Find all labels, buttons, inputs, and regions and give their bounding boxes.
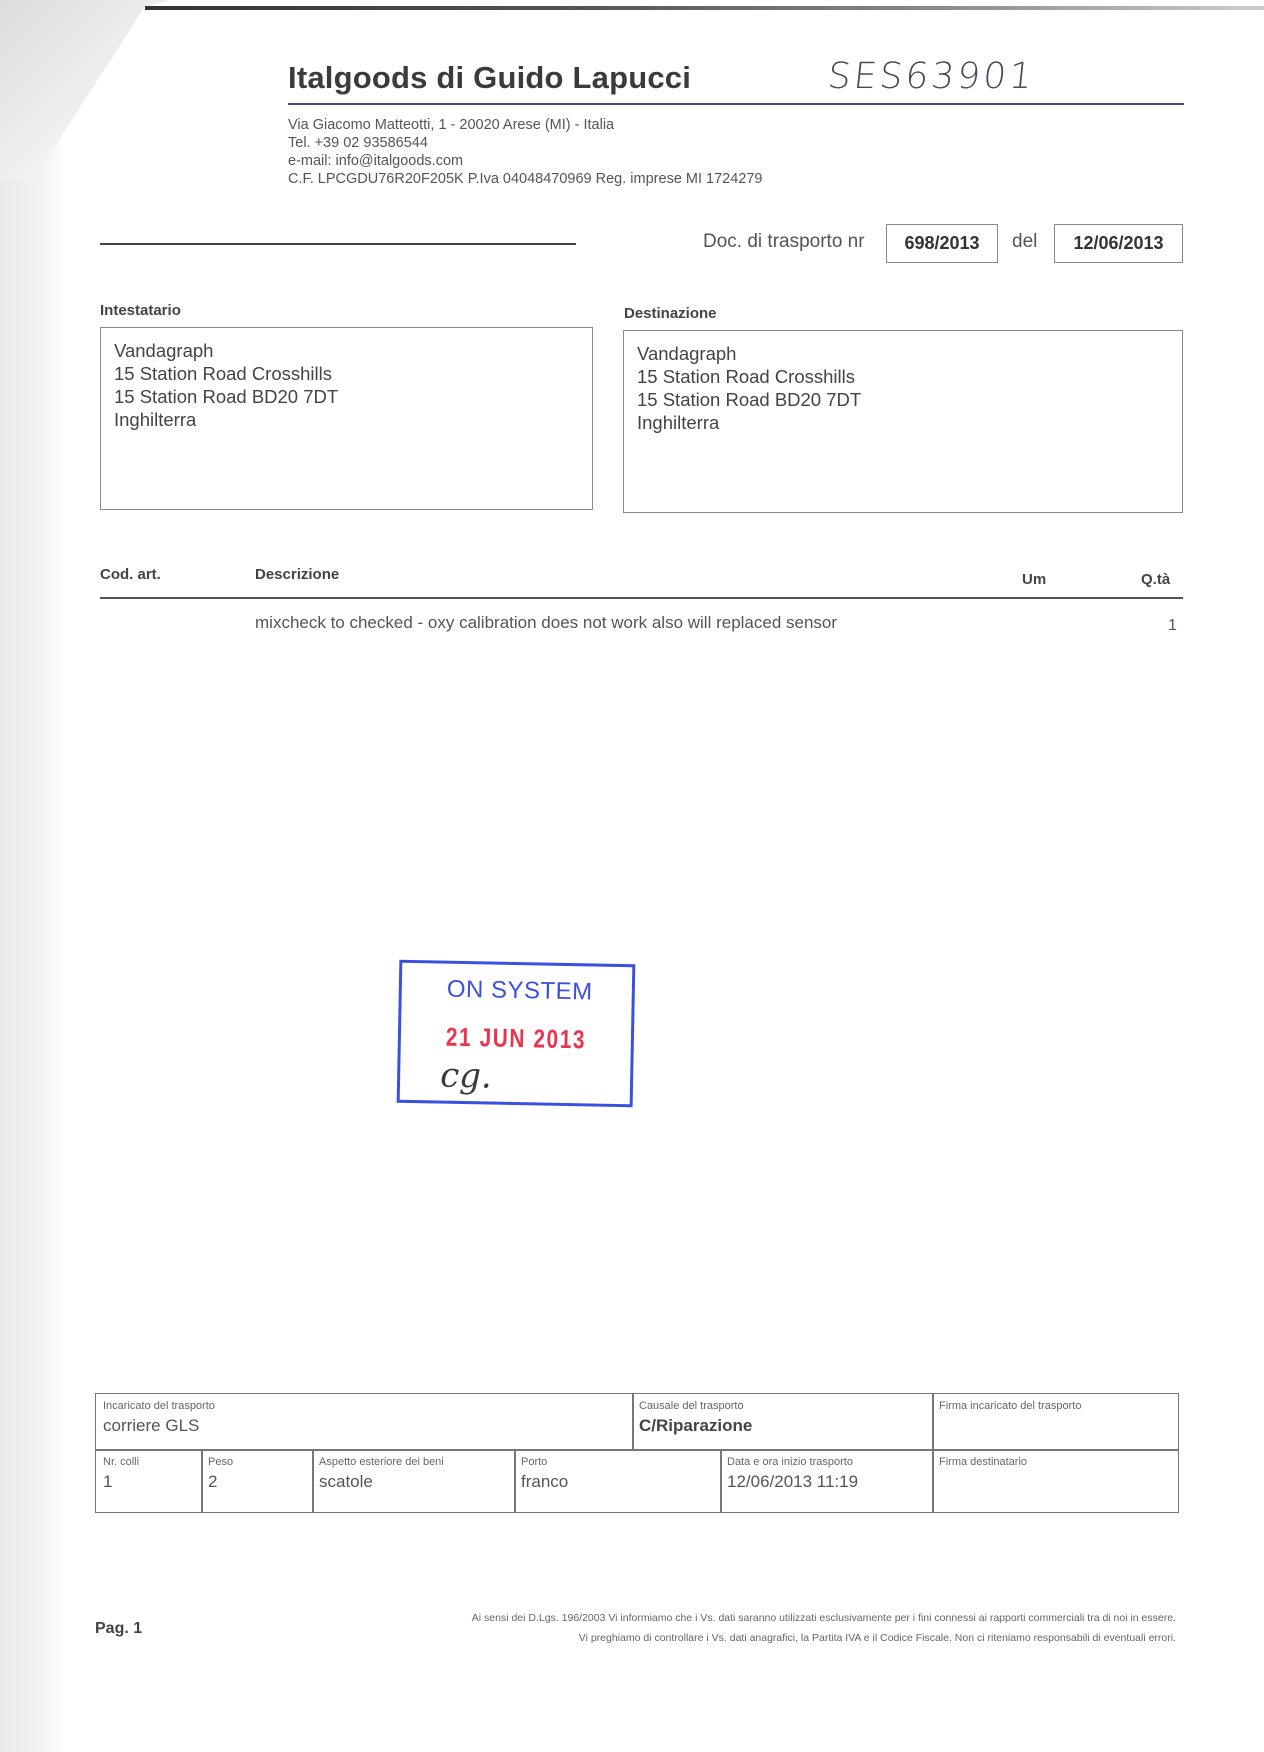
destinazione-line: 15 Station Road BD20 7DT [637,388,1182,411]
on-system-stamp: ON SYSTEM 21 JUN 2013 cg. [397,960,636,1108]
column-header-um: Um [1022,571,1046,588]
company-address: Via Giacomo Matteotti, 1 - 20020 Arese (… [288,116,614,134]
aspetto-value: scatole [319,1472,373,1492]
causale-label: Causale del trasporto [639,1400,744,1412]
scan-edge-shadow [0,0,60,1752]
nr-colli-label: Nr. colli [103,1456,139,1468]
doc-date-box: 12/06/2013 [1054,224,1183,263]
intestatario-line: 15 Station Road Crosshills [114,362,592,385]
porto-value: franco [521,1472,568,1492]
cell-firma-incaricato: Firma incaricato del trasporto [932,1394,1178,1449]
doc-date-label: del [1012,231,1037,253]
nr-colli-value: 1 [103,1472,112,1492]
doc-number-label: Doc. di trasporto nr [703,231,865,253]
folded-corner [0,0,170,180]
data-ora-label: Data e ora inizio trasporto [727,1456,853,1468]
transport-table: Incaricato del trasporto corriere GLS Ca… [95,1393,1179,1513]
peso-label: Peso [208,1456,233,1468]
page-number: Pag. 1 [95,1620,142,1638]
column-header-qty: Q.tà [1141,571,1170,588]
firma-incaricato-label: Firma incaricato del trasporto [939,1400,1081,1412]
causale-value: C/Riparazione [639,1416,752,1436]
firma-destinatario-label: Firma destinatario [939,1456,1027,1468]
company-phone: Tel. +39 02 93586544 [288,134,428,152]
cell-nr-colli: Nr. colli 1 [96,1450,201,1512]
aspetto-label: Aspetto esteriore dei beni [319,1456,444,1468]
company-name: Italgoods di Guido Lapucci [288,60,691,96]
destinazione-label: Destinazione [624,305,717,322]
destinazione-line: 15 Station Road Crosshills [637,365,1182,388]
incaricato-value: corriere GLS [103,1416,199,1436]
stamp-date: 21 JUN 2013 [446,1022,587,1056]
cell-firma-destinatario: Firma destinatario [932,1450,1178,1512]
destinazione-box: Vandagraph 15 Station Road Crosshills 15… [623,330,1183,513]
intestatario-line: Inghilterra [114,408,592,431]
destinazione-line: Vandagraph [637,342,1182,365]
destinazione-line: Inghilterra [637,411,1182,434]
cell-aspetto: Aspetto esteriore dei beni scatole [312,1450,514,1512]
table-row-description: mixcheck to checked - oxy calibration do… [255,613,837,633]
cell-data-ora: Data e ora inizio trasporto 12/06/2013 1… [720,1450,932,1512]
header-rule [288,103,1184,105]
data-ora-value: 12/06/2013 11:19 [727,1472,858,1492]
scan-top-edge [145,6,1264,10]
column-header-description: Descrizione [255,566,339,583]
privacy-disclaimer-line-1: Ai sensi dei D.Lgs. 196/2003 Vi informia… [472,1612,1176,1624]
company-tax-ids: C.F. LPCGDU76R20F205K P.Iva 04048470969 … [288,170,763,188]
cell-peso: Peso 2 [201,1450,312,1512]
intestatario-line: Vandagraph [114,339,592,362]
separator-line [100,243,576,245]
table-row-qty: 1 [1168,617,1177,635]
cell-causale: Causale del trasporto C/Riparazione [632,1394,932,1449]
cell-incaricato: Incaricato del trasporto corriere GLS [96,1394,632,1449]
doc-number-box: 698/2013 [886,224,998,263]
stamp-title: ON SYSTEM [447,976,593,1007]
cell-porto: Porto franco [514,1450,720,1512]
intestatario-label: Intestatario [100,302,181,319]
intestatario-line: 15 Station Road BD20 7DT [114,385,592,408]
table-header-rule [100,597,1183,599]
company-email: e-mail: info@italgoods.com [288,152,463,170]
privacy-disclaimer-line-2: Vi preghiamo di controllare i Vs. dati a… [579,1632,1176,1644]
incaricato-label: Incaricato del trasporto [103,1400,215,1412]
peso-value: 2 [208,1472,217,1492]
handwritten-reference: SES63901 [826,56,1037,97]
porto-label: Porto [521,1456,547,1468]
intestatario-box: Vandagraph 15 Station Road Crosshills 15… [100,327,593,510]
stamp-initials: cg. [440,1056,492,1097]
column-header-code: Cod. art. [100,566,161,583]
